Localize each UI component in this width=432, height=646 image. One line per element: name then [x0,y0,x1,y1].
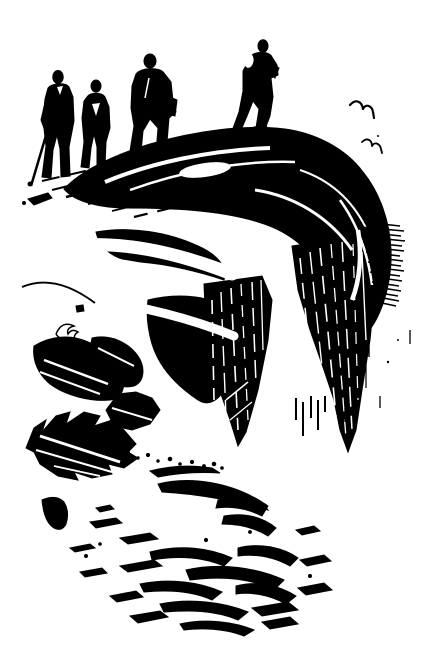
shoulder-bag [167,96,177,116]
cliff-hikers-illustration [0,0,432,646]
illustration-canvas [0,0,432,646]
small-rock-chip [76,305,84,312]
